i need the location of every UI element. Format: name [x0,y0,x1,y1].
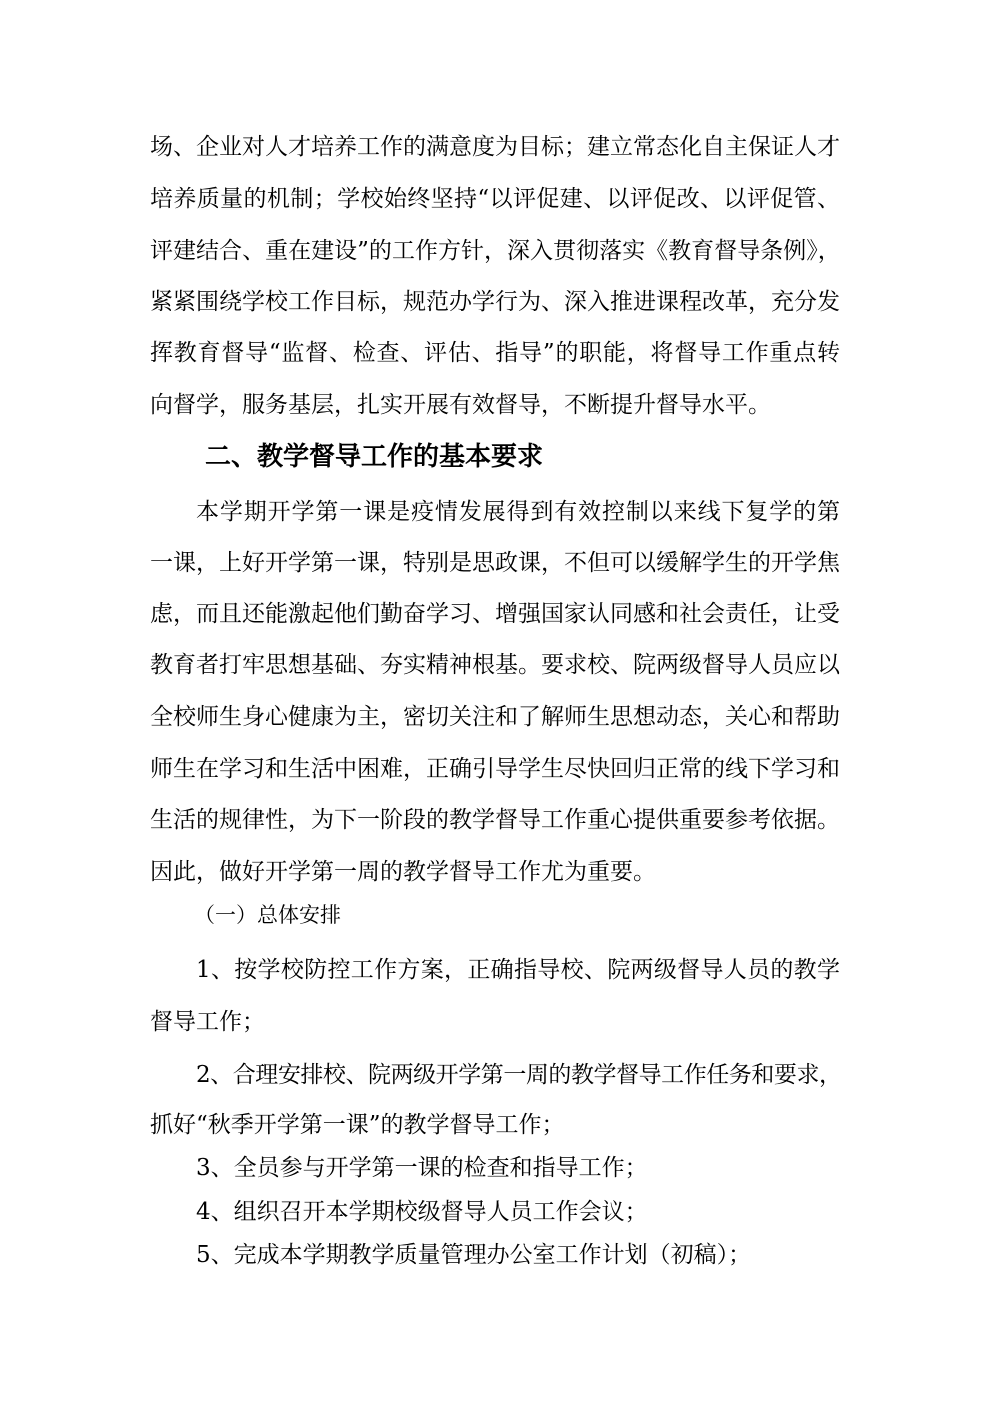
paragraph-line: 虑，而且还能激起他们勤奋学习、增强国家认同感和社会责任，让受 [150,589,840,639]
paragraph-line: 评建结合、重在建设”的工作方针，深入贯彻落实《教育督导条例》， [150,226,840,276]
paragraph-line: 紧紧围绕学校工作目标，规范办学行为、深入推进课程改革，充分发 [150,277,840,327]
paragraph-line: 师生在学习和生活中困难，正确引导学生尽快回归正常的线下学习和 [150,744,840,794]
paragraph-line: 全校师生身心健康为主，密切关注和了解师生思想动态，关心和帮助 [150,692,840,742]
paragraph-line: 挥教育督导“监督、检查、评估、指导”的职能，将督导工作重点转 [150,328,840,378]
list-item-line: 2、合理安排校、院两级开学第一周的教学督导工作任务和要求， [150,1050,840,1100]
paragraph-line: 教育者打牢思想基础、夯实精神根基。要求校、院两级督导人员应以 [150,640,840,690]
list-item-line: 3、全员参与开学第一课的检查和指导工作； [150,1143,840,1193]
paragraph-line: 向督学，服务基层，扎实开展有效督导，不断提升督导水平。 [150,380,840,430]
paragraph-line: 一课，上好开学第一课，特别是思政课，不但可以缓解学生的开学焦 [150,538,840,588]
section-heading: 二、教学督导工作的基本要求 [205,432,543,482]
document-page: 场、企业对人才培养工作的满意度为目标；建立常态化自主保证人才 培养质量的机制；学… [0,0,992,1403]
paragraph-line: 培养质量的机制；学校始终坚持“以评促建、以评促改、以评促管、 [150,174,840,224]
paragraph-line: 本学期开学第一课是疫情发展得到有效控制以来线下复学的第 [150,487,840,537]
paragraph-line: 场、企业对人才培养工作的满意度为目标；建立常态化自主保证人才 [150,122,840,172]
paragraph-line: 生活的规律性，为下一阶段的教学督导工作重心提供重要参考依据。 [150,795,840,845]
list-item-line: 督导工作； [150,997,840,1047]
list-item-line: 5、完成本学期教学质量管理办公室工作计划（初稿）； [150,1230,840,1280]
paragraph-line: 因此，做好开学第一周的教学督导工作尤为重要。 [150,847,840,897]
subsection-heading: （一）总体安排 [194,893,341,937]
list-item-line: 1、按学校防控工作方案，正确指导校、院两级督导人员的教学 [150,945,840,995]
